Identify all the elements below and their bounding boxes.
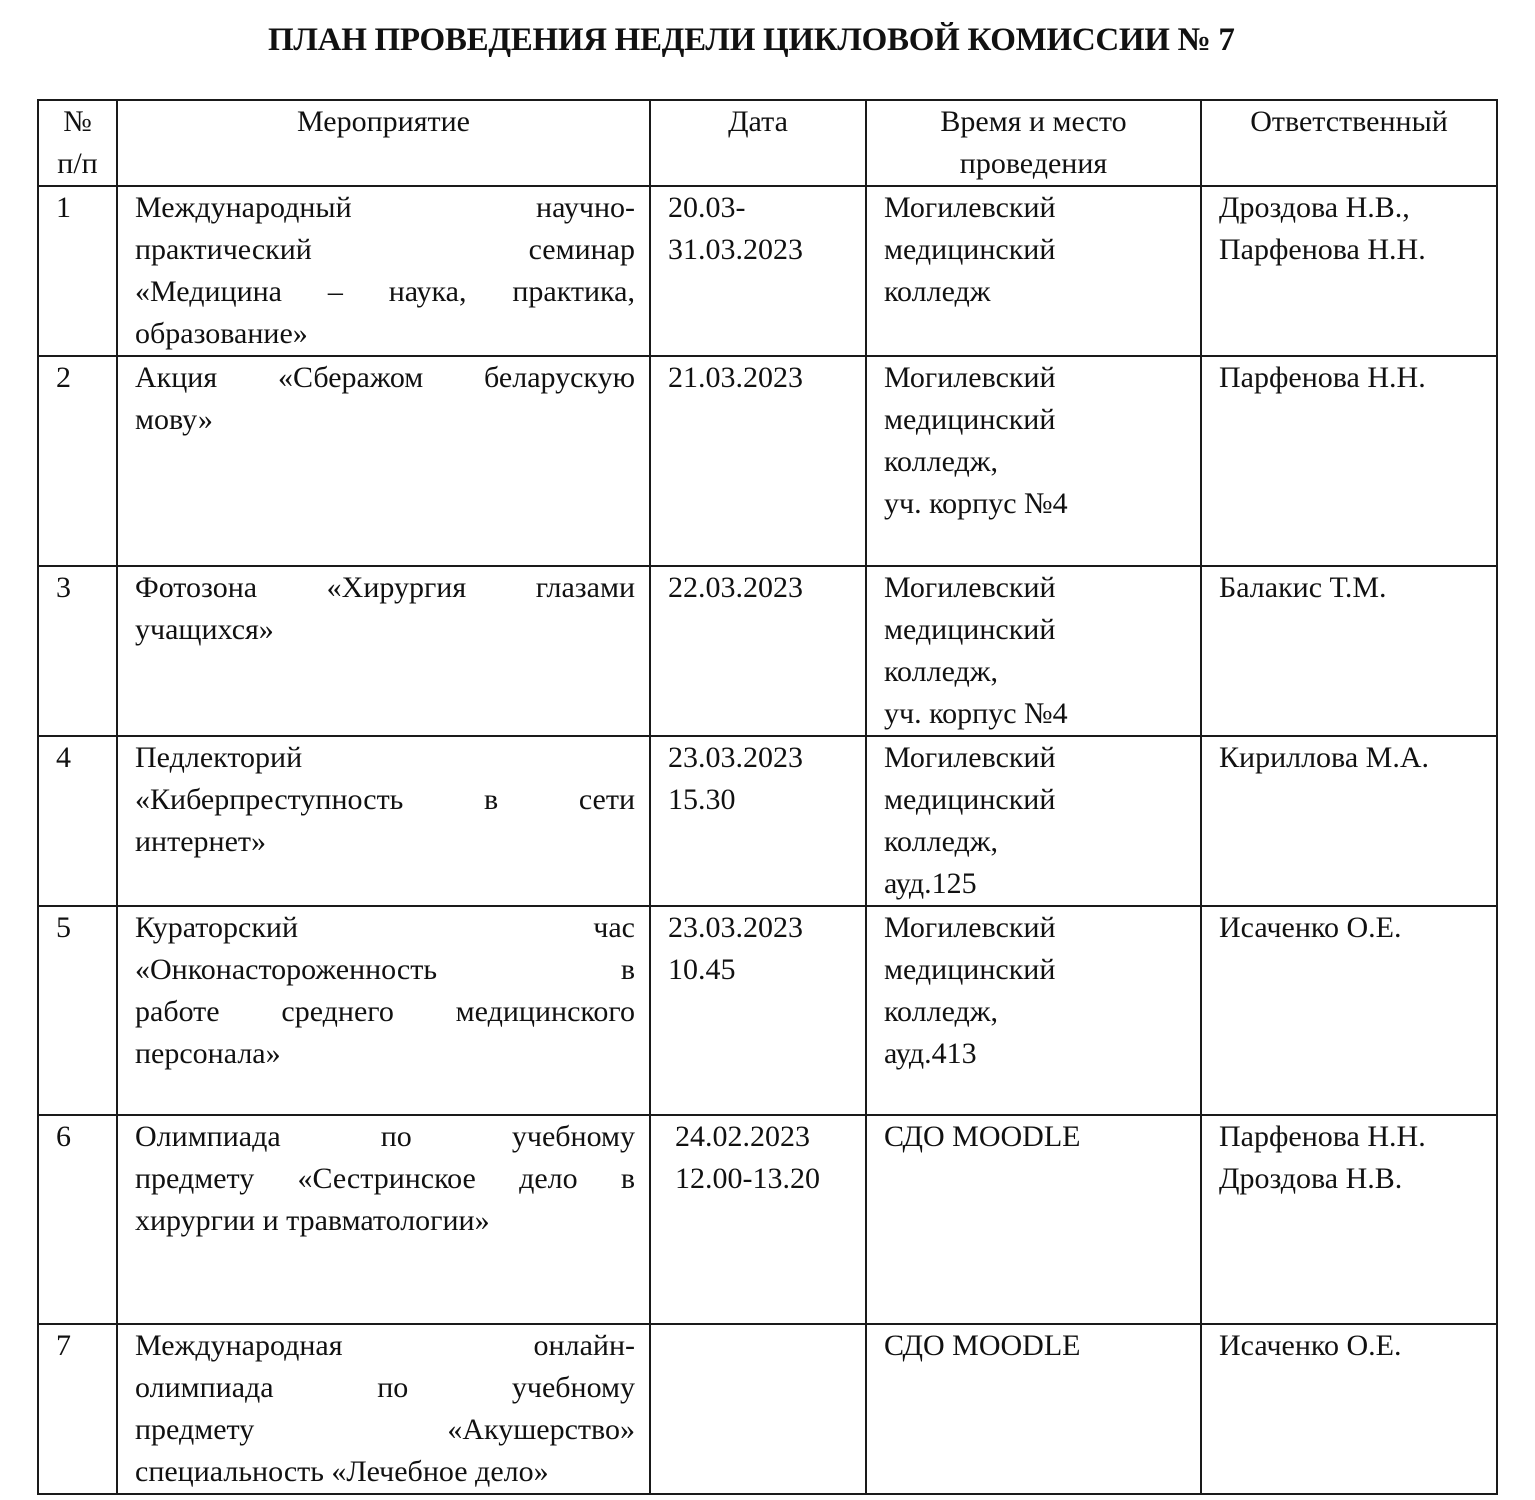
- event-text-line: персонала»: [135, 1033, 635, 1075]
- cell-event: Фотозона «Хирургия глазамиучащихся»: [117, 566, 650, 736]
- cell-responsible: Парфенова Н.Н.Дроздова Н.В.: [1201, 1115, 1497, 1324]
- place-text-line: Могилевский: [884, 187, 1186, 229]
- row-number: 5: [56, 907, 102, 949]
- cell-place: Могилевскиймедицинскийколледж,уч. корпус…: [866, 566, 1201, 736]
- place-text-line: Могилевский: [884, 737, 1186, 779]
- cell-num: 5: [38, 906, 117, 1115]
- place-text-line: ауд.413: [884, 1033, 1186, 1075]
- header-num-line: п/п: [45, 143, 110, 185]
- row-number: 4: [56, 737, 102, 779]
- cell-event: Акция «Сберажом беларускуюмову»: [117, 356, 650, 566]
- header-event: Мероприятие: [117, 100, 650, 186]
- table-row: 2Акция «Сберажом беларускуюмову»21.03.20…: [38, 356, 1497, 566]
- responsible-text-line: Дроздова Н.В.: [1219, 1158, 1482, 1200]
- row-number: 7: [56, 1325, 102, 1367]
- cell-place: Могилевскиймедицинскийколледж: [866, 186, 1201, 356]
- date-text-line: 15.30: [668, 779, 851, 821]
- cell-num: 6: [38, 1115, 117, 1324]
- place-text-line: колледж,: [884, 821, 1186, 863]
- table-header-row: № п/п Мероприятие Дата Время и место про…: [38, 100, 1497, 186]
- event-text-line: учащихся»: [135, 609, 635, 651]
- header-responsible: Ответственный: [1201, 100, 1497, 186]
- cell-responsible: Балакис Т.М.: [1201, 566, 1497, 736]
- event-text-line: Международная онлайн-: [135, 1325, 635, 1367]
- date-text-line: 20.03-: [668, 187, 851, 229]
- event-text-line: Кураторский час: [135, 907, 635, 949]
- header-place: Время и место проведения: [866, 100, 1201, 186]
- event-text-line: предмету «Акушерство»: [135, 1409, 635, 1451]
- place-text-line: колледж: [884, 271, 1186, 313]
- cell-date: 24.02.202312.00-13.20: [650, 1115, 866, 1324]
- event-text-line: «Онконастороженность в: [135, 949, 635, 991]
- event-text-line: специальность «Лечебное дело»: [135, 1451, 635, 1493]
- event-text-line: работе среднего медицинского: [135, 991, 635, 1033]
- place-text-line: СДО MOODLE: [884, 1325, 1186, 1367]
- cell-num: 3: [38, 566, 117, 736]
- page-title: ПЛАН ПРОВЕДЕНИЯ НЕДЕЛИ ЦИКЛОВОЙ КОМИССИИ…: [268, 18, 1235, 62]
- header-place-line: Время и место: [873, 101, 1194, 143]
- cell-num: 7: [38, 1324, 117, 1494]
- event-plan-table: № п/п Мероприятие Дата Время и место про…: [37, 99, 1498, 1495]
- place-text-line: медицинский: [884, 609, 1186, 651]
- cell-date: 21.03.2023: [650, 356, 866, 566]
- row-number: 6: [56, 1116, 102, 1158]
- header-num-line: №: [45, 101, 110, 143]
- cell-event: Международная онлайн-олимпиада по учебно…: [117, 1324, 650, 1494]
- cell-place: Могилевскиймедицинскийколледж,уч. корпус…: [866, 356, 1201, 566]
- cell-event: Педлекторий«Киберпреступность в сетиинте…: [117, 736, 650, 906]
- place-text-line: уч. корпус №4: [884, 483, 1186, 525]
- date-text-line: 22.03.2023: [668, 567, 851, 609]
- responsible-text-line: Кириллова М.А.: [1219, 737, 1482, 779]
- table-body: 1Международный научно-практический семин…: [38, 186, 1497, 1494]
- place-text-line: медицинский: [884, 949, 1186, 991]
- event-text-line: предмету «Сестринское дело в: [135, 1158, 635, 1200]
- cell-responsible: Кириллова М.А.: [1201, 736, 1497, 906]
- place-text-line: Могилевский: [884, 357, 1186, 399]
- cell-event: Кураторский час«Онконастороженность враб…: [117, 906, 650, 1115]
- event-text-line: мову»: [135, 399, 635, 441]
- date-text-line: 21.03.2023: [668, 357, 851, 399]
- cell-responsible: Дроздова Н.В.,Парфенова Н.Н.: [1201, 186, 1497, 356]
- cell-num: 1: [38, 186, 117, 356]
- date-text-line: 23.03.2023: [668, 907, 851, 949]
- cell-date: [650, 1324, 866, 1494]
- header-responsible-label: Ответственный: [1208, 101, 1490, 143]
- event-text-line: хирургии и травматологии»: [135, 1200, 635, 1242]
- place-text-line: Могилевский: [884, 907, 1186, 949]
- event-text-line: Международный научно-: [135, 187, 635, 229]
- date-text-line: 31.03.2023: [668, 229, 851, 271]
- cell-responsible: Парфенова Н.Н.: [1201, 356, 1497, 566]
- cell-event: Олимпиада по учебномупредмету «Сестринск…: [117, 1115, 650, 1324]
- header-num: № п/п: [38, 100, 117, 186]
- cell-num: 2: [38, 356, 117, 566]
- event-text-line: образование»: [135, 313, 635, 355]
- place-text-line: колледж,: [884, 651, 1186, 693]
- event-text-line: олимпиада по учебному: [135, 1367, 635, 1409]
- cell-place: Могилевскиймедицинскийколледж,ауд.125: [866, 736, 1201, 906]
- row-number: 3: [56, 567, 102, 609]
- row-number: 1: [56, 187, 102, 229]
- table-row: 6Олимпиада по учебномупредмету «Сестринс…: [38, 1115, 1497, 1324]
- row-number: 2: [56, 357, 102, 399]
- place-text-line: колледж,: [884, 441, 1186, 483]
- event-text-line: «Киберпреступность в сети: [135, 779, 635, 821]
- place-text-line: колледж,: [884, 991, 1186, 1033]
- header-event-label: Мероприятие: [124, 101, 643, 143]
- table-row: 5Кураторский час«Онконастороженность вра…: [38, 906, 1497, 1115]
- date-text-line: 10.45: [668, 949, 851, 991]
- header-place-line: проведения: [873, 143, 1194, 185]
- header-date: Дата: [650, 100, 866, 186]
- cell-responsible: Исаченко О.Е.: [1201, 1324, 1497, 1494]
- event-text-line: Акция «Сберажом беларускую: [135, 357, 635, 399]
- place-text-line: медицинский: [884, 779, 1186, 821]
- table-row: 4Педлекторий«Киберпреступность в сетиинт…: [38, 736, 1497, 906]
- cell-place: Могилевскиймедицинскийколледж,ауд.413: [866, 906, 1201, 1115]
- place-text-line: СДО MOODLE: [884, 1116, 1186, 1158]
- responsible-text-line: Дроздова Н.В.,: [1219, 187, 1482, 229]
- date-text-line: 23.03.2023: [668, 737, 851, 779]
- place-text-line: Могилевский: [884, 567, 1186, 609]
- place-text-line: ауд.125: [884, 863, 1186, 905]
- event-text-line: практический семинар: [135, 229, 635, 271]
- responsible-text-line: Парфенова Н.Н.: [1219, 229, 1482, 271]
- cell-date: 23.03.202315.30: [650, 736, 866, 906]
- responsible-text-line: Парфенова Н.Н.: [1219, 1116, 1482, 1158]
- place-text-line: медицинский: [884, 399, 1186, 441]
- event-text-line: Педлекторий: [135, 737, 635, 779]
- event-text-line: интернет»: [135, 821, 635, 863]
- place-text-line: уч. корпус №4: [884, 693, 1186, 735]
- event-text-line: Фотозона «Хирургия глазами: [135, 567, 635, 609]
- cell-date: 23.03.202310.45: [650, 906, 866, 1115]
- cell-date: 22.03.2023: [650, 566, 866, 736]
- responsible-text-line: Балакис Т.М.: [1219, 567, 1482, 609]
- cell-event: Международный научно-практический семина…: [117, 186, 650, 356]
- cell-place: СДО MOODLE: [866, 1115, 1201, 1324]
- date-text-line: 24.02.2023: [675, 1116, 851, 1158]
- responsible-text-line: Исаченко О.Е.: [1219, 1325, 1482, 1367]
- table-row: 3Фотозона «Хирургия глазамиучащихся»22.0…: [38, 566, 1497, 736]
- event-text-line: «Медицина – наука, практика,: [135, 271, 635, 313]
- cell-date: 20.03-31.03.2023: [650, 186, 866, 356]
- table-row: 1Международный научно-практический семин…: [38, 186, 1497, 356]
- responsible-text-line: Парфенова Н.Н.: [1219, 357, 1482, 399]
- cell-place: СДО MOODLE: [866, 1324, 1201, 1494]
- responsible-text-line: Исаченко О.Е.: [1219, 907, 1482, 949]
- header-date-label: Дата: [657, 101, 859, 143]
- event-text-line: Олимпиада по учебному: [135, 1116, 635, 1158]
- place-text-line: медицинский: [884, 229, 1186, 271]
- table-row: 7Международная онлайн-олимпиада по учебн…: [38, 1324, 1497, 1494]
- date-text-line: 12.00-13.20: [675, 1158, 851, 1200]
- cell-num: 4: [38, 736, 117, 906]
- cell-responsible: Исаченко О.Е.: [1201, 906, 1497, 1115]
